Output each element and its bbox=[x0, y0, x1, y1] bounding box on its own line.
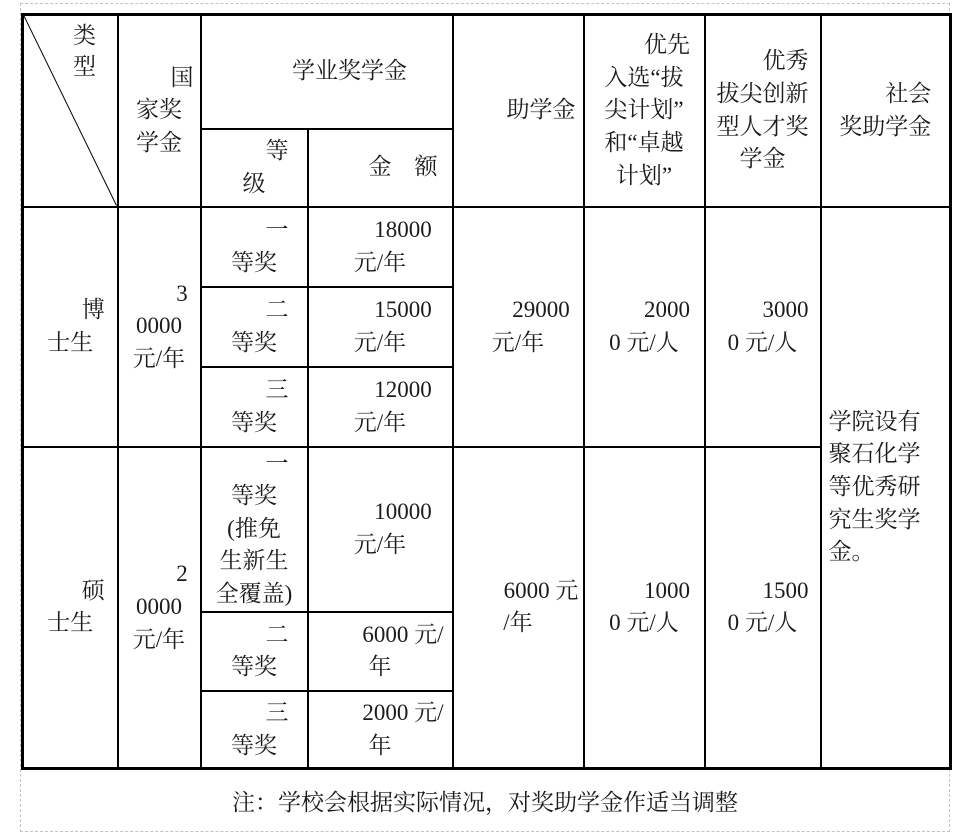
header-level: 等 级 bbox=[201, 129, 308, 207]
doctoral-talent-amount: 3000 0 元/人 bbox=[705, 207, 821, 447]
doctoral-amount-3: 12000 元/年 bbox=[308, 367, 453, 447]
header-national-scholarship: 国 家奖 学金 bbox=[118, 15, 201, 207]
header-academic-scholarship: 学业奖学金 bbox=[201, 15, 453, 129]
masters-level-3: 三 等奖 bbox=[201, 691, 308, 769]
masters-talent-amount: 1500 0 元/人 bbox=[705, 447, 821, 769]
doctoral-level-1: 一 等奖 bbox=[201, 207, 308, 287]
doctoral-level-2: 二 等奖 bbox=[201, 287, 308, 367]
header-stipend: 助学金 bbox=[453, 15, 584, 207]
doctoral-priority-amount: 2000 0 元/人 bbox=[584, 207, 705, 447]
doctoral-amount-1: 18000 元/年 bbox=[308, 207, 453, 287]
masters-stipend: 6000 元 /年 bbox=[453, 447, 584, 769]
scholarship-table: 类 型 国 家奖 学金 学业奖学金 助学金 优先 入选“拔 尖计划” 和“卓越 … bbox=[21, 13, 952, 770]
header-priority-programs: 优先 入选“拔 尖计划” 和“卓越 计划” bbox=[584, 15, 705, 207]
doctoral-national-amount: 3 0000 元/年 bbox=[118, 207, 201, 447]
header-amount: 金 额 bbox=[308, 129, 453, 207]
masters-type-cell: 硕 士生 bbox=[23, 447, 118, 769]
masters-level-2: 二 等奖 bbox=[201, 612, 308, 691]
masters-priority-amount: 1000 0 元/人 bbox=[584, 447, 705, 769]
doctoral-type-cell: 博 士生 bbox=[23, 207, 118, 447]
masters-level-1: 一 等奖 (推免 生新生 全覆盖) bbox=[201, 447, 308, 612]
masters-amount-2: 6000 元/ 年 bbox=[308, 612, 453, 691]
note-text: 注：学校会根据实际情况，对奖助学金作适当调整 bbox=[232, 784, 738, 817]
doctoral-stipend: 29000 元/年 bbox=[453, 207, 584, 447]
doctoral-level-3: 三 等奖 bbox=[201, 367, 308, 447]
note-row: 注：学校会根据实际情况，对奖助学金作适当调整 bbox=[21, 770, 949, 831]
doctoral-amount-2: 15000 元/年 bbox=[308, 287, 453, 367]
scholarship-table-container: 类 型 国 家奖 学金 学业奖学金 助学金 优先 入选“拔 尖计划” 和“卓越 … bbox=[20, 3, 950, 832]
header-social-scholarship: 社会 奖助学金 bbox=[821, 15, 951, 207]
masters-amount-1: 10000 元/年 bbox=[308, 447, 453, 612]
corner-cell: 类 型 bbox=[23, 15, 118, 207]
masters-national-amount: 2 0000 元/年 bbox=[118, 447, 201, 769]
header-talent-scholarship: 优秀 拔尖创新 型人才奖 学金 bbox=[705, 15, 821, 207]
masters-amount-3: 2000 元/ 年 bbox=[308, 691, 453, 769]
social-scholarship-cell: 学院设有 聚石化学 等优秀研 究生奖学 金。 bbox=[821, 207, 951, 769]
corner-label-type: 类 型 bbox=[58, 20, 112, 82]
